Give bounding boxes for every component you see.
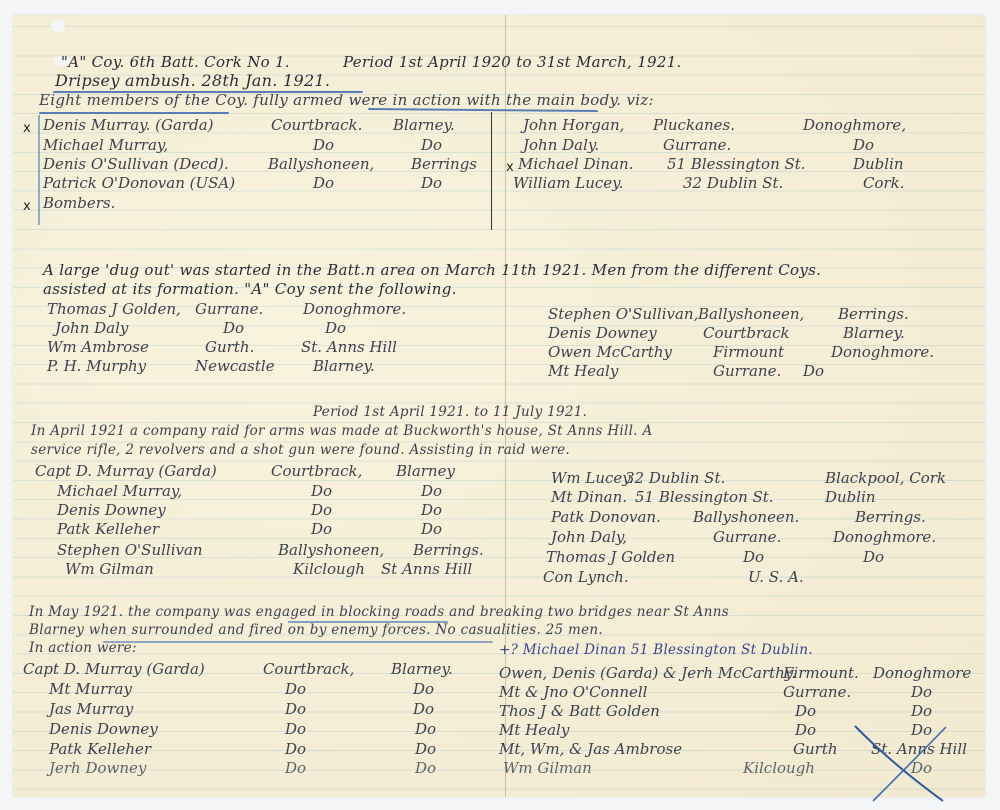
blue-margin-line xyxy=(38,115,40,225)
member-name: Thomas J Golden, xyxy=(47,300,181,318)
member-place: Courtbrack. xyxy=(271,116,362,134)
member-name: Capt D. Murray (Garda) xyxy=(35,462,217,480)
member-place: Do xyxy=(285,740,306,758)
member-place: Do xyxy=(285,759,306,777)
member-district: Do xyxy=(421,174,442,192)
member-place: Ballyshoneen. xyxy=(693,508,799,526)
member-place: Do xyxy=(743,548,764,566)
member-district: Do xyxy=(421,501,442,519)
member-district: Berrings. xyxy=(855,508,926,526)
raid-intro-1: In April 1921 a company raid for arms wa… xyxy=(31,423,653,439)
may-added-note: +? Michael Dinan 51 Blessington St Dubli… xyxy=(499,642,813,658)
member-name: Denis Downey xyxy=(49,720,158,738)
member-district: Do xyxy=(803,362,824,380)
member-place: Do xyxy=(285,700,306,718)
member-district: Do xyxy=(853,136,874,154)
member-name: Denis Murray. (Garda) xyxy=(43,116,214,134)
member-name: Patk Kelleher xyxy=(57,520,159,538)
member-place: Newcastle xyxy=(195,357,275,375)
member-place: Do xyxy=(285,680,306,698)
x-mark: x xyxy=(506,160,514,175)
may-intro-3: In action were: xyxy=(29,640,137,656)
member-place: Gurrane. xyxy=(195,300,263,318)
member-name: Patk Donovan. xyxy=(551,508,661,526)
member-district: Berrings xyxy=(411,155,477,173)
member-name: Con Lynch. xyxy=(543,568,629,586)
member-district: Donoghmore, xyxy=(803,116,906,134)
member-district: Blarney. xyxy=(393,116,455,134)
member-name: Denis O'Sullivan (Decd). xyxy=(43,155,229,173)
member-place: Gurrane. xyxy=(663,136,731,154)
blue-underline xyxy=(39,112,229,114)
member-district: Blarney xyxy=(396,462,455,480)
member-district: Do xyxy=(421,136,442,154)
x-mark: x xyxy=(23,121,31,136)
member-district: Do xyxy=(415,740,436,758)
may-intro-1: In May 1921. the company was engaged in … xyxy=(29,604,729,620)
member-district: Do xyxy=(863,548,884,566)
raid-period: Period 1st April 1921. to 11 July 1921. xyxy=(313,404,587,420)
member-district: Donoghmore. xyxy=(833,528,936,546)
member-name: Patrick O'Donovan (USA) xyxy=(43,174,235,192)
member-name: Mt Healy xyxy=(548,362,618,380)
member-name: Patk Kelleher xyxy=(49,740,151,758)
bracket-line xyxy=(491,112,492,230)
member-name: John Daly, xyxy=(551,528,627,546)
member-place: Kilclough xyxy=(293,560,365,578)
member-place: Do xyxy=(313,174,334,192)
dripsey-intro: Eight members of the Coy. fully armed we… xyxy=(39,91,654,109)
cross-out-mark xyxy=(851,723,951,803)
member-district: Berrings. xyxy=(413,541,484,559)
member-place: 51 Blessington St. xyxy=(635,488,774,506)
member-name: Stephen O'Sullivan xyxy=(57,541,203,559)
member-place: Gurrane. xyxy=(713,528,781,546)
member-name: William Lucey. xyxy=(513,174,623,192)
member-place: 51 Blessington St. xyxy=(667,155,806,173)
member-place: Do xyxy=(311,482,332,500)
member-name: Wm Gilman xyxy=(503,759,592,777)
member-district: Do xyxy=(325,319,346,337)
member-place: Kilclough xyxy=(743,759,815,777)
member-name: Mt Murray xyxy=(49,680,132,698)
member-district: Do xyxy=(413,700,434,718)
member-place: Firmount. xyxy=(783,664,859,682)
member-name: Thomas J Golden xyxy=(546,548,675,566)
member-district: Berrings. xyxy=(838,305,909,323)
member-place: Do xyxy=(313,136,334,154)
member-place: U. S. A. xyxy=(748,568,804,586)
member-place: Courtbrack, xyxy=(271,462,362,480)
member-district: Do xyxy=(413,680,434,698)
member-place: Gurth xyxy=(793,740,838,758)
member-district: Dublin xyxy=(825,488,876,506)
member-district: Donoghmore. xyxy=(303,300,406,318)
member-place: Firmount xyxy=(713,343,784,361)
member-name: John Daly. xyxy=(523,136,599,154)
may-intro-2: Blarney when surrounded and fired on by … xyxy=(29,622,603,638)
member-district: Do xyxy=(421,482,442,500)
member-name: Mt Healy xyxy=(499,721,569,739)
member-district: Dublin xyxy=(853,155,904,173)
member-place: Do xyxy=(311,501,332,519)
member-place: Ballyshoneen, xyxy=(268,155,374,173)
member-name: Mt, Wm, & Jas Ambrose xyxy=(499,740,682,758)
member-district: Do xyxy=(421,520,442,538)
document-page: "A" Coy. 6th Batt. Cork No 1. Period 1st… xyxy=(13,15,985,797)
header-period: Period 1st April 1920 to 31st March, 192… xyxy=(343,53,682,71)
member-district: Cork. xyxy=(863,174,905,192)
member-place: Do xyxy=(795,721,816,739)
dugout-intro-1: A large 'dug out' was started in the Bat… xyxy=(43,261,821,279)
member-district: Do xyxy=(415,759,436,777)
member-name: Wm Ambrose xyxy=(47,338,149,356)
member-name: Denis Downey xyxy=(548,324,657,342)
member-district: Do xyxy=(415,720,436,738)
member-name: Denis Downey xyxy=(57,501,166,519)
member-name: Jas Murray xyxy=(49,700,133,718)
header-unit: "A" Coy. 6th Batt. Cork No 1. xyxy=(61,53,290,71)
member-place: 32 Dublin St. xyxy=(625,469,725,487)
paper-tear xyxy=(51,20,65,32)
member-name: Owen, Denis (Garda) & Jerh McCarthy. xyxy=(499,664,796,682)
member-name: Bombers. xyxy=(43,194,115,212)
member-place: Ballyshoneen, xyxy=(278,541,384,559)
member-name: Stephen O'Sullivan, xyxy=(548,305,698,323)
member-place: Do xyxy=(285,720,306,738)
member-name: Michael Dinan. xyxy=(518,155,633,173)
member-name: Wm Gilman xyxy=(65,560,154,578)
member-district: Do xyxy=(911,702,932,720)
member-district: Donoghmore. xyxy=(831,343,934,361)
member-place: Do xyxy=(223,319,244,337)
member-name: John Daly xyxy=(55,319,128,337)
member-place: Pluckanes. xyxy=(653,116,735,134)
member-name: Wm Lucey. xyxy=(551,469,634,487)
member-district: Blarney. xyxy=(313,357,375,375)
member-place: Courtbrack, xyxy=(263,660,354,678)
member-place: Do xyxy=(311,520,332,538)
member-name: Mt & Jno O'Connell xyxy=(499,683,647,701)
section-title-dripsey: Dripsey ambush. 28th Jan. 1921. xyxy=(55,71,330,90)
dugout-intro-2: assisted at its formation. "A" Coy sent … xyxy=(43,280,457,298)
x-mark: x xyxy=(23,199,31,214)
member-name: Michael Murray, xyxy=(57,482,182,500)
raid-intro-2: service rifle, 2 revolvers and a shot gu… xyxy=(31,442,570,458)
member-name: Mt Dinan. xyxy=(551,488,627,506)
member-place: Gurrane. xyxy=(783,683,851,701)
member-name: Owen McCarthy xyxy=(548,343,672,361)
member-name: Capt D. Murray (Garda) xyxy=(23,660,205,678)
member-name: Thos J & Batt Golden xyxy=(499,702,660,720)
member-name: P. H. Murphy xyxy=(47,357,146,375)
member-place: 32 Dublin St. xyxy=(683,174,783,192)
member-place: Ballyshoneen, xyxy=(698,305,804,323)
member-district: Blarney. xyxy=(843,324,905,342)
blue-underline xyxy=(103,641,493,643)
member-name: Michael Murray, xyxy=(43,136,168,154)
member-district: Blarney. xyxy=(391,660,453,678)
member-name: Jerh Downey xyxy=(49,759,146,777)
member-place: Do xyxy=(795,702,816,720)
member-district: Do xyxy=(911,683,932,701)
member-district: Donoghmore xyxy=(873,664,971,682)
member-place: Gurrane. xyxy=(713,362,781,380)
member-name: John Horgan, xyxy=(523,116,624,134)
member-place: Courtbrack xyxy=(703,324,790,342)
member-place: Gurth. xyxy=(205,338,254,356)
member-district: St Anns Hill xyxy=(381,560,472,578)
member-district: Blackpool, Cork xyxy=(825,469,946,487)
member-district: St. Anns Hill xyxy=(301,338,397,356)
